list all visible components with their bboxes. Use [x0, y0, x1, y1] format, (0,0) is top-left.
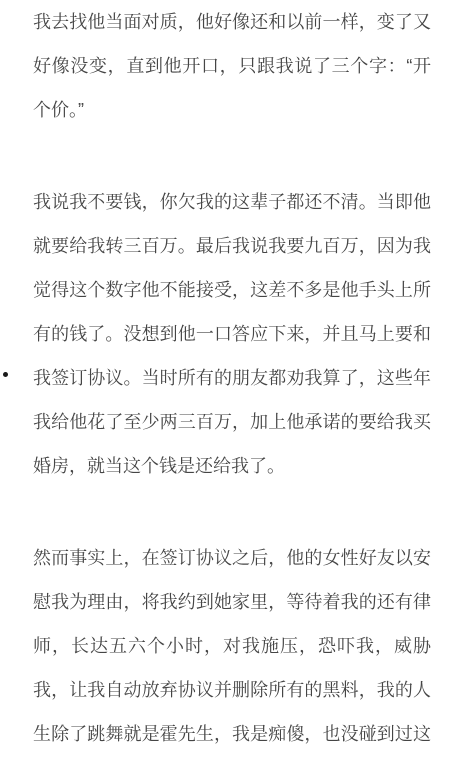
- text-line: 我说我不要钱，你欠我的这辈子都还不清。当即他: [33, 180, 431, 224]
- text-line: 有的钱了。没想到他一口答应下来，并且马上要和: [33, 312, 431, 356]
- text-line: 我给他花了至少两三百万，加上他承诺的要给我买: [33, 400, 431, 444]
- page: { "page": { "background_color": "#ffffff…: [0, 0, 463, 768]
- text-line: 就要给我转三百万。最后我说我要九百万，因为我: [33, 224, 431, 268]
- text-line: 婚房，就当这个钱是还给我了。: [33, 444, 431, 488]
- text-line: 觉得这个数字他不能接受，这差不多是他手头上所: [33, 268, 431, 312]
- text-line: 我签订协议。当时所有的朋友都劝我算了，这些年: [33, 356, 431, 400]
- text-line: 师，长达五六个小时，对我施压，恐吓我，威胁: [33, 624, 431, 668]
- paragraph: 我说我不要钱，你欠我的这辈子都还不清。当即他 就要给我转三百万。最后我说我要九百…: [33, 180, 431, 488]
- text-line: 我，让我自动放弃协议并删除所有的黑料，我的人: [33, 668, 431, 712]
- text-line: 然而事实上，在签订协议之后，他的女性好友以安: [33, 536, 431, 580]
- paragraph: 然而事实上，在签订协议之后，他的女性好友以安 慰我为理由，将我约到她家里，等待着…: [33, 536, 431, 756]
- text-line: 个价。”: [33, 88, 431, 132]
- paragraph: 我去找他当面对质，他好像还和以前一样，变了又 好像没变，直到他开口，只跟我说了三…: [33, 0, 431, 132]
- article-text: 我去找他当面对质，他好像还和以前一样，变了又 好像没变，直到他开口，只跟我说了三…: [0, 0, 463, 756]
- text-line: 好像没变，直到他开口，只跟我说了三个字：“开: [33, 44, 431, 88]
- text-line: 我去找他当面对质，他好像还和以前一样，变了又: [33, 0, 431, 44]
- text-line: 慰我为理由，将我约到她家里，等待着我的还有律: [33, 580, 431, 624]
- text-line: 生除了跳舞就是霍先生，我是痴傻，也没碰到过这: [33, 712, 431, 756]
